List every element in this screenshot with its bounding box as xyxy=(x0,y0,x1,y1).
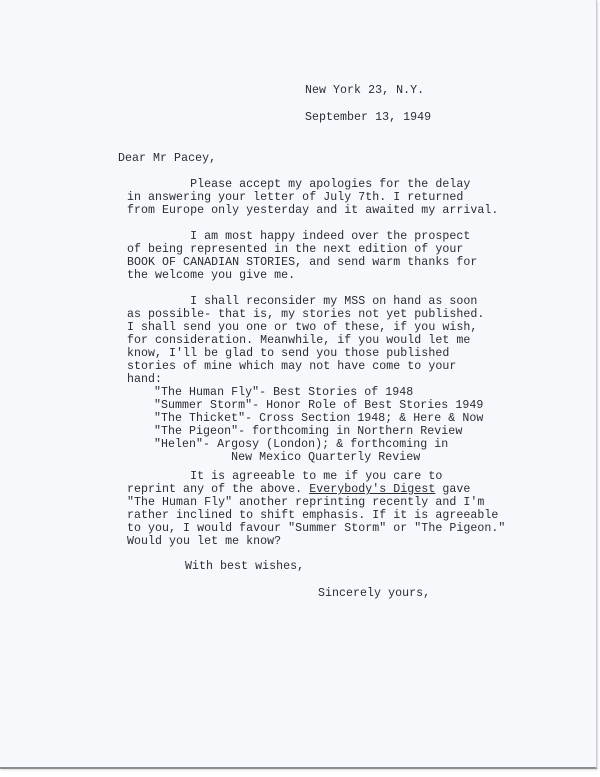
publication-title: Everybody's Digest xyxy=(309,483,435,496)
paragraph-line: the welcome you give me. xyxy=(127,269,295,282)
story-item: "The Thicket"- Cross Section 1948; & Her… xyxy=(154,412,483,425)
story-item: New Mexico Quarterly Review xyxy=(154,451,420,464)
paragraph-line: for consideration. Meanwhile, if you wou… xyxy=(127,334,470,347)
address-line: New York 23, N.Y. xyxy=(305,84,424,97)
text-segment: reprint any of the above. xyxy=(127,483,309,496)
paragraph-line: stories of mine which may not have come … xyxy=(127,360,456,373)
closing-wishes: With best wishes, xyxy=(185,560,304,573)
paragraph-line: Please accept my apologies for the delay xyxy=(127,178,470,191)
story-item: "Summer Storm"- Honor Role of Best Stori… xyxy=(154,399,483,412)
paragraph-line: know, I'll be glad to send you those pub… xyxy=(127,347,449,360)
paragraph-line: in answering your letter of July 7th. I … xyxy=(127,191,463,204)
paragraph-line: as possible- that is, my stories not yet… xyxy=(127,308,484,321)
paragraph-line: reprint any of the above. Everybody's Di… xyxy=(127,483,470,496)
story-item: "The Human Fly"- Best Stories of 1948 xyxy=(154,386,413,399)
paragraph-line: Would you let me know? xyxy=(127,535,281,548)
letter-date: September 13, 1949 xyxy=(305,111,431,124)
text-segment: gave xyxy=(435,483,470,496)
paragraph-line: I shall reconsider my MSS on hand as soo… xyxy=(127,295,477,308)
story-item: "The Pigeon"- forthcoming in Northern Re… xyxy=(154,425,462,438)
paragraph-line: to you, I would favour "Summer Storm" or… xyxy=(127,522,505,535)
letter-page: New York 23, N.Y. September 13, 1949 Dea… xyxy=(0,0,597,769)
paragraph-line: I am most happy indeed over the prospect xyxy=(127,230,470,243)
paragraph-line: "The Human Fly" another reprinting recen… xyxy=(127,496,484,509)
paragraph-line: rather inclined to shift emphasis. If it… xyxy=(127,509,498,522)
salutation: Dear Mr Pacey, xyxy=(118,152,216,165)
paragraph-line: of being represented in the next edition… xyxy=(127,243,463,256)
paragraph-line: I shall send you one or two of these, if… xyxy=(127,321,477,334)
paragraph-line: hand: xyxy=(127,373,162,386)
paragraph-line: BOOK OF CANADIAN STORIES, and send warm … xyxy=(127,256,477,269)
paragraph-line: It is agreeable to me if you care to xyxy=(127,470,442,483)
closing-signoff: Sincerely yours, xyxy=(318,587,430,600)
story-item: "Helen"- Argosy (London); & forthcoming … xyxy=(154,438,448,451)
paragraph-line: from Europe only yesterday and it awaite… xyxy=(127,204,498,217)
